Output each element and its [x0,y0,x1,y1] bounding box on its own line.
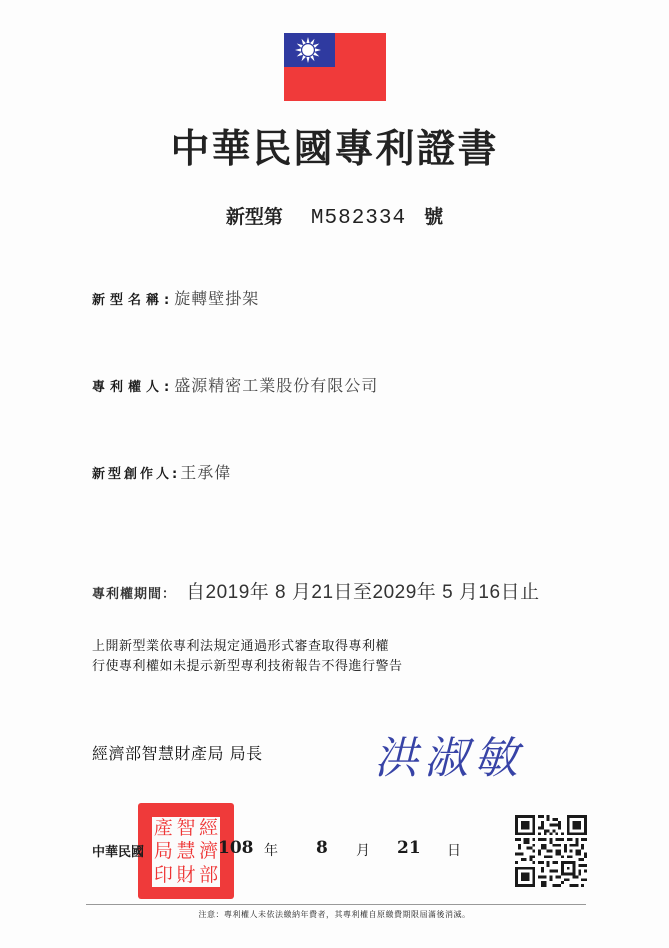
notice-line-1: 上開新型業依專利法規定通過形式審查取得專利權 [92,637,403,657]
field-value: 旋轉壁掛架 [174,289,259,308]
date-year: 108 [218,838,254,858]
date-year-unit: 年 [264,840,278,860]
annual-fee-footnote: 注意：專利權人未依法繳納年費者，其專利權自原繳費期限屆滿後消滅。 [0,909,669,920]
patent-term: 專利權期間：自2019年 8 月21日至2029年 5 月16日止 [92,577,540,604]
date-month: 8 [316,838,328,858]
field-creator: 新型創作人:王承偉 [92,460,231,483]
field-label: 新型創作人: [92,467,180,482]
issuing-authority: 經濟部智慧財產局 局長 [92,741,263,764]
term-value: 自2019年 8 月21日至2029年 5 月16日止 [186,582,540,603]
flag-canton [284,33,335,67]
date-era: 中華民國 [92,841,144,860]
roc-flag [284,33,386,101]
white-sun-icon [293,35,323,65]
date-day: 21 [397,838,421,858]
field-patent-name: 新型名稱:旋轉壁掛架 [92,286,259,309]
seal-char: 智 [175,819,198,838]
term-label: 專利權期間： [92,587,176,602]
seal-char: 部 [197,866,220,885]
field-value: 王承偉 [180,463,231,482]
patent-number: 新型第M582334號 [0,202,669,230]
director-signature: 洪淑敏 [374,722,524,786]
footer-divider [86,904,586,905]
field-label: 新型名稱: [92,293,174,308]
legal-notice: 上開新型業依專利法規定通過形式審查取得專利權 行使專利權如未提示新型專利技術報告… [92,637,403,677]
seal-char: 印 [152,866,175,885]
qr-code[interactable] [515,815,587,887]
date-month-unit: 月 [356,840,370,860]
patent-number-prefix: 新型第 [226,206,283,228]
field-patentee: 專利權人:盛源精密工業股份有限公司 [92,373,378,396]
seal-char: 財 [175,866,198,885]
certificate-title: 中華民國專利證書 [0,118,669,174]
date-day-unit: 日 [447,840,461,860]
notice-line-2: 行使專利權如未提示新型專利技術報告不得進行警告 [92,657,403,677]
patent-number-suffix: 號 [424,206,443,228]
field-label: 專利權人: [92,380,174,395]
field-value: 盛源精密工業股份有限公司 [174,376,378,395]
patent-number-value: M582334 [311,207,406,230]
seal-char: 產 [152,819,175,838]
seal-char: 經 [197,819,220,838]
